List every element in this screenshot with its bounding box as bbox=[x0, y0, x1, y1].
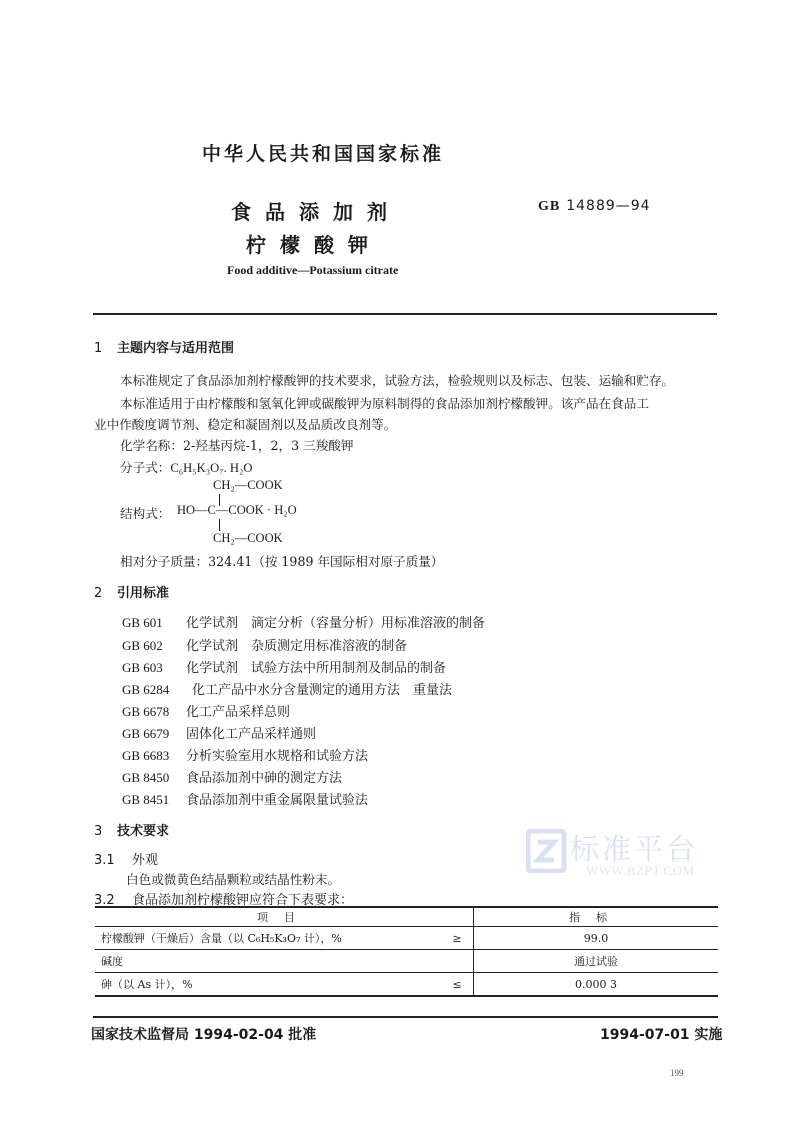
structure-label: 结构式： bbox=[120, 503, 170, 522]
page-number: 199 bbox=[670, 1068, 684, 1078]
reference-item: GB 6683分析实验室用水规格和试验方法 bbox=[122, 745, 368, 764]
reference-item: GB 8450食品添加剂中砷的测定方法 bbox=[122, 767, 342, 786]
row-item: 柠檬酸钾（干燥后）含量（以 C₆H₅K₃O₇ 计），% bbox=[95, 927, 441, 950]
structure-bottom: CH₂—COOK bbox=[213, 531, 283, 546]
chemical-name: 化学名称：2-羟基丙烷-1，2，3 三羧酸钾 bbox=[120, 435, 353, 454]
header-divider bbox=[93, 313, 717, 315]
watermark-url: WWW.BZPT.COM bbox=[586, 863, 695, 879]
section1-title: 主题内容与适用范围 bbox=[117, 341, 234, 356]
reference-item: GB 6678化工产品采样总则 bbox=[122, 701, 290, 720]
table-header-row: 项目 指标 bbox=[95, 907, 718, 927]
row-item: 碱度 bbox=[95, 950, 441, 973]
subsection-3-1-number: 3.1 bbox=[94, 853, 132, 868]
bond-line-bottom bbox=[219, 519, 220, 531]
table-row: 柠檬酸钾（干燥后）含量（以 C₆H₅K₃O₇ 计），% ≥ 99.0 bbox=[95, 927, 718, 950]
row-item: 砷（以 As 计），% bbox=[95, 973, 441, 997]
row-value: 通过试验 bbox=[474, 950, 719, 973]
row-operator: ≥ bbox=[441, 927, 474, 950]
structure-top: CH₂—COOK bbox=[213, 478, 283, 493]
formula-value: C₆H₅K₃O₇. H₂O bbox=[170, 461, 252, 475]
reference-item: GB 6284化工产品中水分含量测定的通用方法 重量法 bbox=[122, 679, 452, 698]
subsection-3-1-title: 外观 bbox=[132, 853, 158, 868]
requirements-table: 项目 指标 柠檬酸钾（干燥后）含量（以 C₆H₅K₃O₇ 计），% ≥ 99.0… bbox=[95, 906, 718, 997]
section1-number: 1 bbox=[94, 341, 117, 356]
section2-number: 2 bbox=[94, 586, 117, 601]
implementation-date: 1994-07-01 实施 bbox=[600, 1024, 722, 1044]
structure-middle: HO—C—COOK · H₂O bbox=[177, 503, 297, 518]
approval-info: 国家技术监督局 1994-02-04 批准 bbox=[91, 1024, 316, 1044]
section1-para2-line1: 本标准适用于由柠檬酸和氢氧化钾或碳酸钾为原料制得的食品添加剂柠檬酸钾。该产品在食… bbox=[120, 393, 649, 412]
appearance-text: 白色或微黄色结晶颗粒或结晶性粉末。 bbox=[126, 869, 340, 888]
reference-item: GB 6679固体化工产品采样通则 bbox=[122, 723, 316, 742]
molecular-formula: 分子式：C₆H₅K₃O₇. H₂O bbox=[120, 457, 253, 476]
bzpt-logo-icon bbox=[526, 829, 570, 873]
section2-heading: 2引用标准 bbox=[94, 582, 169, 601]
standard-code-number: 14889—94 bbox=[566, 198, 650, 214]
reference-item: GB 8451食品添加剂中重金属限量试验法 bbox=[122, 789, 368, 808]
row-value: 99.0 bbox=[474, 927, 719, 950]
header-indicator: 指标 bbox=[474, 907, 719, 927]
row-value: 0.000 3 bbox=[474, 973, 719, 997]
footer-divider bbox=[93, 1016, 718, 1018]
section3-title: 技术要求 bbox=[117, 824, 169, 839]
reference-item: GB 601化学试剂 滴定分析（容量分析）用标准溶液的制备 bbox=[122, 612, 485, 631]
table-row: 碱度 通过试验 bbox=[95, 950, 718, 973]
english-title: Food additive—Potassium citrate bbox=[227, 263, 398, 278]
national-standard-heading: 中华人民共和国国家标准 bbox=[202, 139, 444, 166]
standard-code: GB14889—94 bbox=[538, 198, 651, 215]
row-operator: ≤ bbox=[441, 973, 474, 997]
section1-para1: 本标准规定了食品添加剂柠檬酸钾的技术要求，试验方法，检验规则以及标志、包装、运输… bbox=[120, 370, 674, 389]
section1-para2-line2: 业中作酸度调节剂、稳定和凝固剂以及品质改良剂等。 bbox=[94, 414, 396, 433]
row-operator bbox=[441, 950, 474, 973]
standard-code-prefix: GB bbox=[538, 199, 560, 214]
subsection-3-1: 3.1外观 bbox=[94, 849, 158, 868]
header-item: 项目 bbox=[95, 907, 474, 927]
formula-label: 分子式： bbox=[120, 460, 170, 475]
molecular-mass: 相对分子质量：324.41（按 1989 年国际相对原子质量） bbox=[120, 551, 443, 570]
reference-item: GB 603化学试剂 试验方法中所用制剂及制品的制备 bbox=[122, 657, 446, 676]
document-title-line2: 柠檬酸钾 bbox=[246, 229, 382, 258]
document-title-line1: 食品添加剂 bbox=[231, 196, 401, 225]
section3-heading: 3技术要求 bbox=[94, 820, 169, 839]
watermark-text: 标准平台 bbox=[570, 827, 698, 868]
section2-title: 引用标准 bbox=[117, 586, 169, 601]
section1-heading: 1主题内容与适用范围 bbox=[94, 337, 234, 356]
table-row: 砷（以 As 计），% ≤ 0.000 3 bbox=[95, 973, 718, 997]
reference-item: GB 602化学试剂 杂质测定用标准溶液的制备 bbox=[122, 635, 407, 654]
section3-number: 3 bbox=[94, 824, 117, 839]
